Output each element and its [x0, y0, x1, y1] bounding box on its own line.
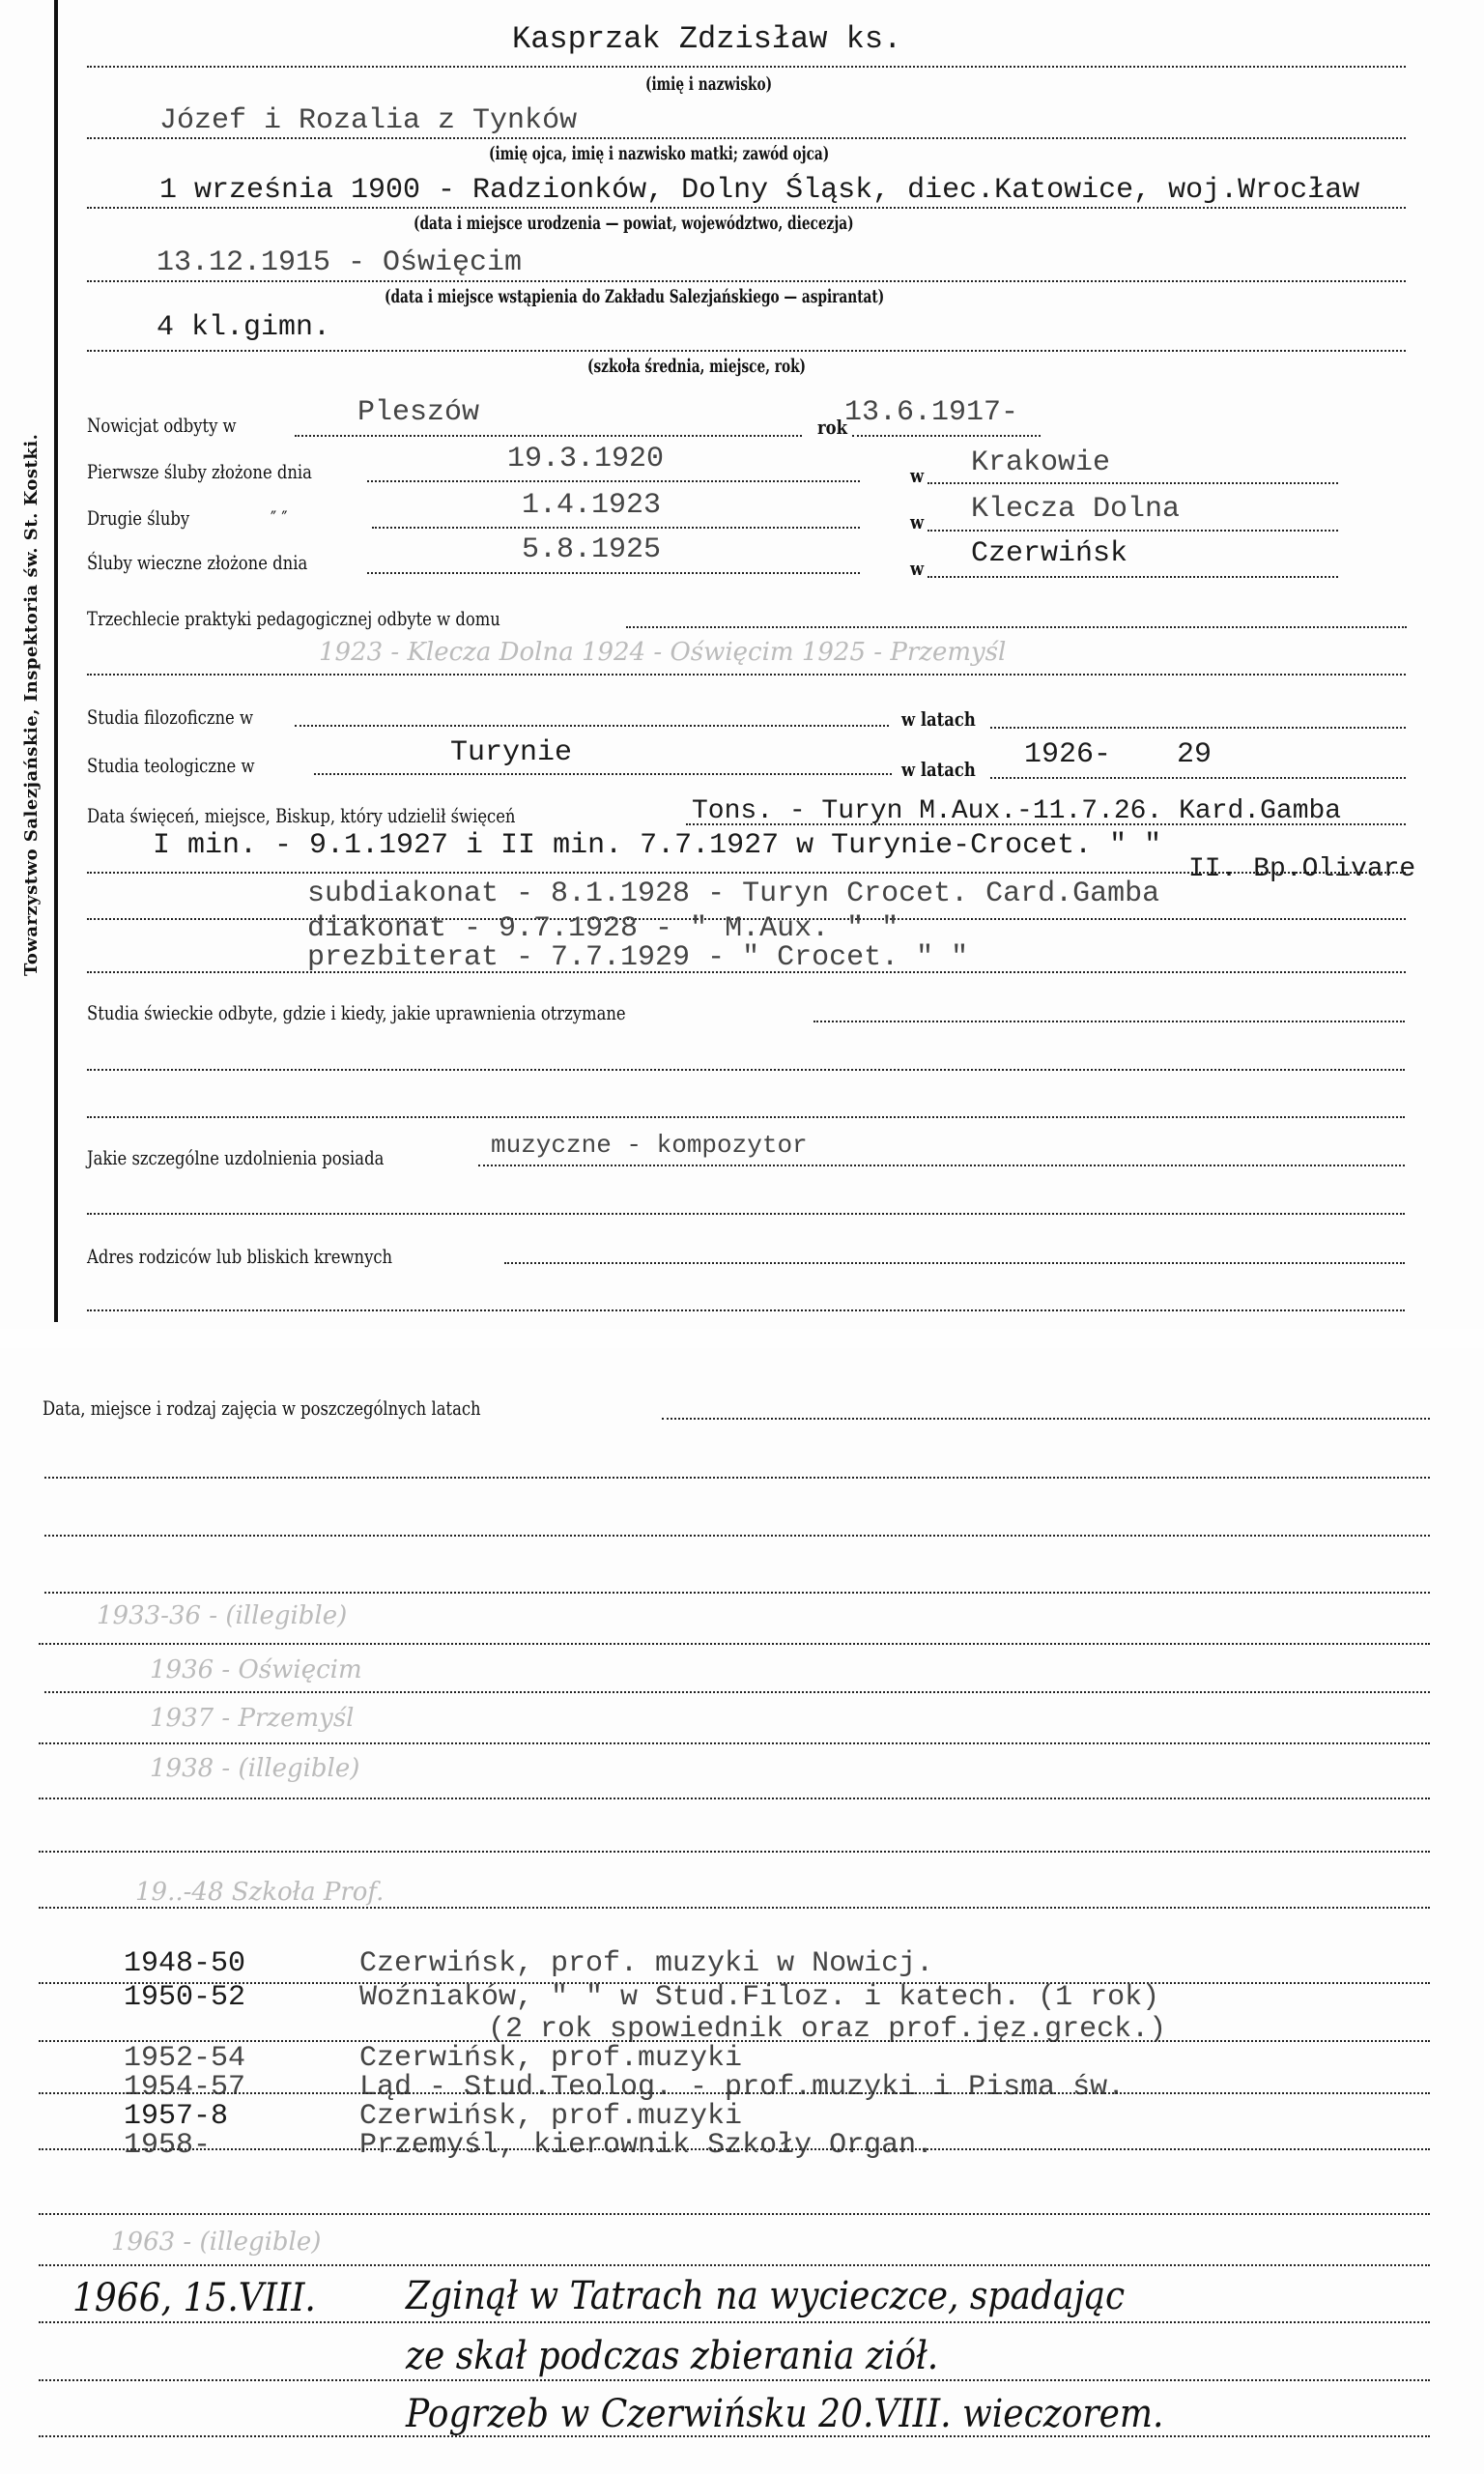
theology-place: Turynie [450, 736, 572, 769]
career-faint-entry: 1938 - (illegible) [150, 1754, 359, 1783]
secular-studies-line-1 [813, 1021, 1405, 1022]
birth-caption: (data i miejsce urodzenia — powiat, woje… [414, 213, 854, 234]
second-vows-w: w [910, 510, 924, 533]
second-vows-ditto: ″ ″ [271, 506, 287, 530]
entry-caption: (data i miejsce wstąpienia do Zakładu Sa… [385, 286, 884, 307]
career-entry-years: 1950-52 [124, 1981, 245, 2014]
first-vows-date: 19.3.1920 [507, 443, 664, 475]
career-line-18 [39, 2435, 1430, 2437]
philosophy-years-line [990, 727, 1406, 729]
ordination-minor-orders: I min. - 9.1.1927 i II min. 7.7.1927 w T… [153, 829, 1161, 862]
career-faint-late: 1963 - (illegible) [111, 2228, 321, 2257]
perpetual-vows-line [367, 572, 860, 574]
career-line-15 [39, 2264, 1430, 2266]
ordination-line-4 [87, 971, 1406, 973]
career-line-5 [44, 1691, 1430, 1693]
career-entry-years: 1948-50 [124, 1947, 245, 1980]
ordination-label: Data święceń, miejsce, Biskup, który udz… [87, 804, 516, 827]
novitiate-place: Pleszów [357, 396, 479, 429]
philosophy-years-label: w latach [901, 707, 976, 731]
career-entry-years: 1957-8 [124, 2100, 228, 2133]
second-vows-place-line [927, 530, 1338, 532]
form-page-2: Data, miejsce i rodzaj zajęcia w poszcze… [0, 1348, 1484, 2474]
career-line-17 [39, 2379, 1430, 2381]
talents-line-1 [478, 1165, 1405, 1166]
theology-years-line [990, 777, 1406, 779]
death-note-line-1: Zginął w Tatrach na wycieczce, spadając [406, 2274, 1125, 2318]
career-entry-text: Czerwińsk, prof. muzyki w Nowicj. [359, 1947, 933, 1980]
perpetual-vows-w: w [910, 557, 924, 580]
career-line-9 [39, 1907, 1430, 1909]
talents-value: muzyczne - kompozytor [491, 1131, 808, 1160]
ordination-tonsure: Tons. - Turyn M.Aux.-11.7.26. Kard.Gamba [692, 796, 1341, 826]
school-line [87, 350, 1406, 352]
novitiate-year-line [852, 435, 1041, 437]
parents-value: Józef i Rozalia z Tynków [159, 104, 577, 137]
ordination-diaconate: diakonat - 9.7.1928 - ″ M.Aux. ″ ″ [307, 912, 899, 945]
parents-caption: (imię ojca, imię i nazwisko matki; zawód… [489, 143, 829, 164]
death-note-line-3: Pogrzeb w Czerwińsku 20.VIII. wieczorem. [406, 2392, 1164, 2436]
secular-studies-line-2 [87, 1069, 1405, 1071]
career-line-16 [39, 2321, 1430, 2323]
secular-studies-label: Studia świeckie odbyte, gdzie i kiedy, j… [87, 1001, 626, 1024]
address-line-1 [504, 1262, 1405, 1264]
career-line-4 [39, 1643, 1430, 1645]
parents-line [87, 137, 1406, 139]
career-entry-years: 1952-54 [124, 2042, 245, 2075]
career-entry-text: Przemyśl, kierownik Szkoły Organ. [359, 2129, 933, 2162]
career-entry-text: Czerwińsk, prof.muzyki [359, 2042, 742, 2075]
career-entry-years: 1958- [124, 2129, 211, 2162]
career-label: Data, miejsce i rodzaj zajęcia w poszcze… [43, 1396, 481, 1420]
form-page-1: Towarzystwo Salezjańskie, Inspektoria św… [0, 0, 1484, 1329]
name-value: Kasprzak Zdzisław ks. [512, 21, 901, 57]
ordination-subdiaconate: subdiakonat - 8.1.1928 - Turyn Crocet. C… [307, 877, 1159, 910]
philosophy-line [295, 725, 889, 727]
career-entry-text: Czerwińsk, prof.muzyki [359, 2100, 742, 2133]
career-line-2 [44, 1535, 1430, 1537]
address-line-2 [87, 1309, 1405, 1311]
theology-years-label: w latach [901, 758, 976, 781]
school-value: 4 kl.gimn. [157, 311, 330, 344]
perpetual-vows-place-line [927, 576, 1338, 578]
career-line-12 [39, 2092, 1430, 2094]
philosophy-label: Studia filozoficzne w [87, 705, 253, 729]
second-vows-place: Klecza Dolna [971, 493, 1180, 526]
talents-label: Jakie szczególne uzdolnienia posiada [87, 1146, 384, 1169]
career-line-14 [39, 2213, 1430, 2215]
first-vows-place: Krakowie [971, 446, 1110, 479]
name-line [87, 66, 1406, 68]
death-note-line-2: ze skał podczas zbierania ziół. [406, 2334, 938, 2378]
perpetual-vows-date: 5.8.1925 [522, 533, 661, 566]
ordination-presbyterate: prezbiterat - 7.7.1929 - ″ Crocet. ″ ″ [307, 941, 968, 974]
theology-line [314, 773, 892, 775]
career-line-1 [44, 1477, 1430, 1479]
perpetual-vows-place: Czerwińsk [971, 537, 1127, 570]
entry-line [87, 280, 1406, 282]
career-line-0 [662, 1418, 1430, 1420]
first-vows-w: w [910, 464, 924, 487]
practice-line-2 [87, 674, 1406, 676]
birth-value: 1 września 1900 - Radzionków, Dolny Śląs… [159, 174, 1359, 207]
career-entry-years: 1954-57 [124, 2071, 245, 2104]
second-vows-date: 1.4.1923 [522, 489, 661, 522]
secular-studies-line-3 [87, 1116, 1405, 1118]
career-faint-entry: 1937 - Przemyśl [150, 1704, 355, 1733]
death-date: 1966, 15.VIII. [72, 2276, 316, 2320]
career-entry-text: Woźniaków, ″ ″ w Stud.Filoz. i katech. (… [359, 1981, 1159, 2014]
second-vows-label: Drugie śluby [87, 506, 189, 530]
ordination-minor-bishop: II. Bp.Olivare [1188, 854, 1415, 884]
novitiate-line [295, 435, 802, 437]
talents-line-2 [87, 1213, 1405, 1215]
first-vows-line [367, 480, 860, 482]
name-caption: (imię i nazwisko) [645, 73, 772, 95]
school-caption: (szkoła średnia, miejsce, rok) [587, 356, 806, 377]
novitiate-year-label: rok [817, 416, 847, 439]
first-vows-label: Pierwsze śluby złożone dnia [87, 460, 312, 483]
career-entry-text: Ląd - Stud.Teolog. - prof.muzyki i Pisma… [359, 2071, 1125, 2104]
career-faint-entry: 19..-48 Szkoła Prof. [135, 1878, 384, 1907]
practice-label: Trzechlecie praktyki pedagogicznej odbyt… [87, 607, 500, 630]
first-vows-place-line [927, 482, 1338, 484]
novitiate-label: Nowicjat odbyty w [87, 414, 237, 437]
career-line-13 [39, 2148, 1430, 2150]
address-label: Adres rodziców lub bliskich krewnych [87, 1245, 392, 1268]
career-line-6 [39, 1742, 1430, 1744]
career-line-7 [39, 1798, 1430, 1799]
theology-label: Studia teologiczne w [87, 754, 255, 777]
page-spine-line [54, 0, 58, 1322]
novitiate-year: 13.6.1917- [844, 396, 1018, 429]
institution-sidebar: Towarzystwo Salezjańskie, Inspektoria św… [21, 434, 42, 976]
career-line-8 [39, 1851, 1430, 1853]
entry-value: 13.12.1915 - Oświęcim [157, 246, 522, 279]
career-line-3 [44, 1592, 1430, 1594]
career-faint-entry: 1933-36 - (illegible) [97, 1601, 347, 1630]
second-vows-line [372, 527, 860, 529]
birth-line [87, 207, 1406, 209]
practice-line-1 [626, 626, 1407, 628]
practice-value: 1923 - Klecza Dolna 1924 - Oświęcim 1925… [319, 638, 1006, 667]
theology-years-from: 1926- [1024, 738, 1111, 771]
perpetual-vows-label: Śluby wieczne złożone dnia [87, 551, 307, 574]
career-faint-entry: 1936 - Oświęcim [150, 1655, 362, 1684]
theology-years-to: 29 [1177, 738, 1212, 771]
